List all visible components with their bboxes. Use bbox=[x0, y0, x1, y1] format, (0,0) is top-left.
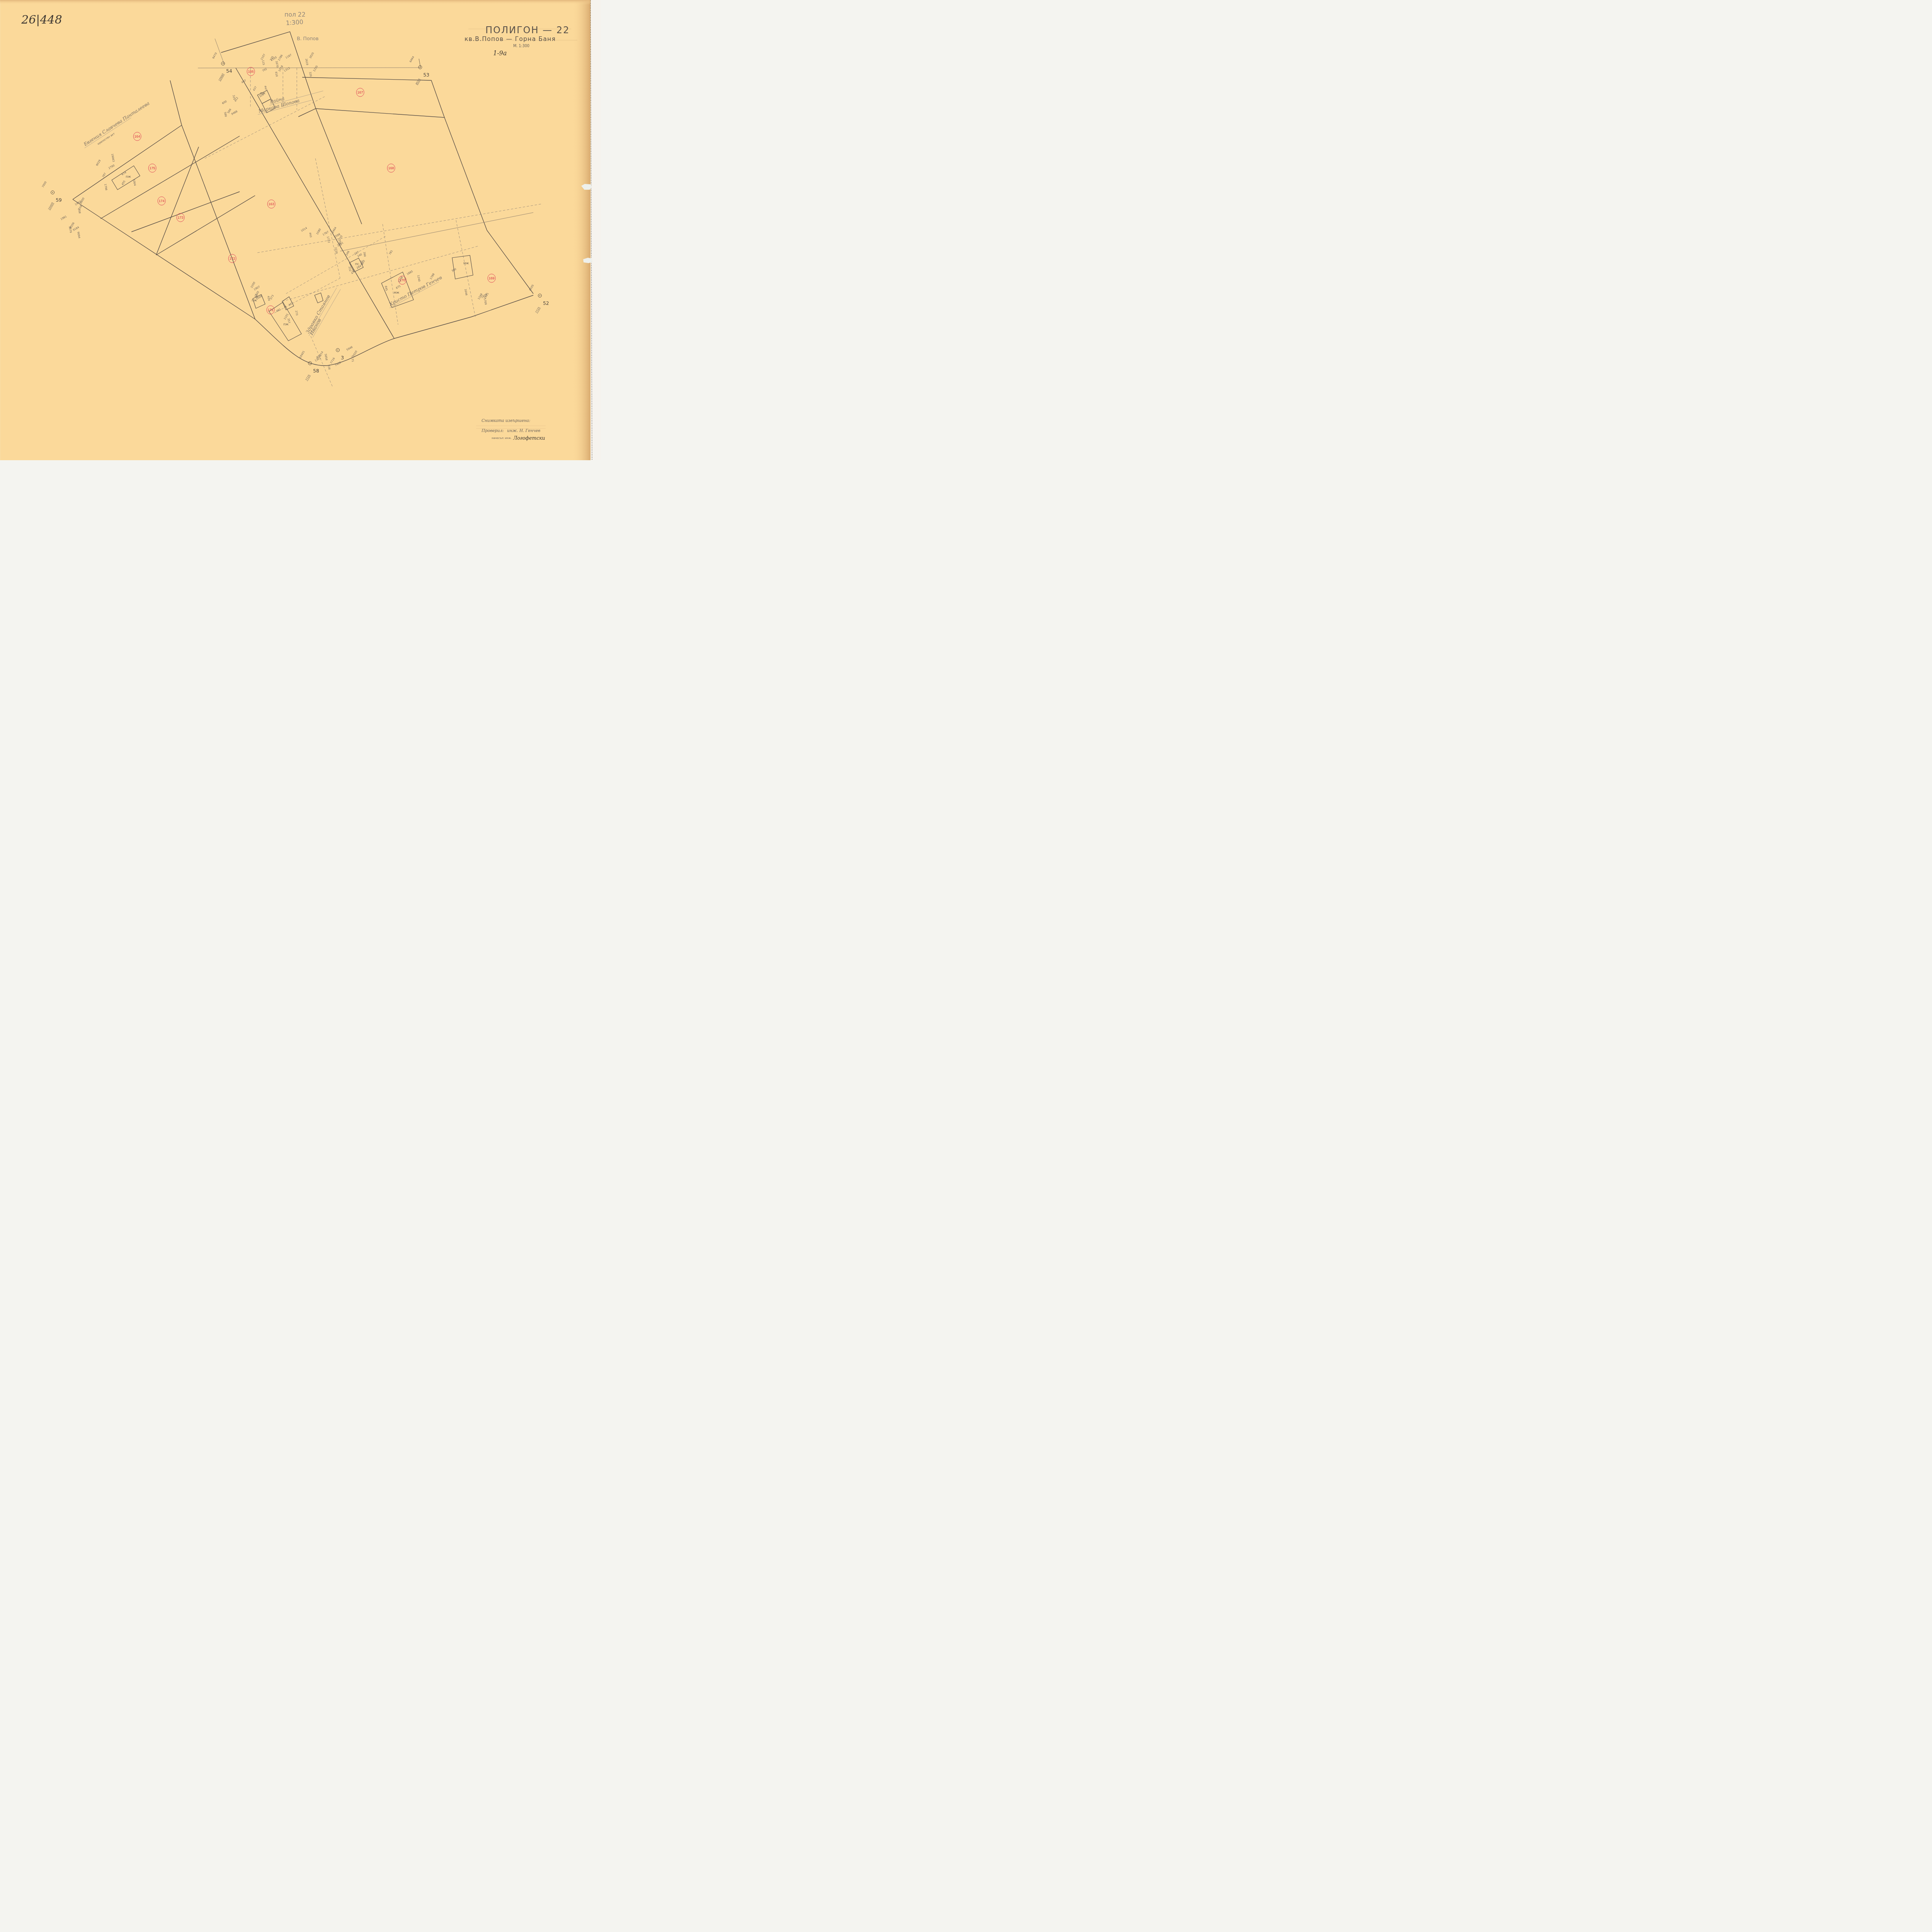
parcel-id: 173 bbox=[178, 216, 184, 219]
parcel-id: 174 bbox=[159, 199, 165, 203]
map-title: ПОЛИГОН — 22 bbox=[485, 25, 570, 36]
pencil-note-scale: 1:300 bbox=[286, 19, 303, 27]
building-type-label: А bbox=[284, 305, 286, 308]
sheet-reference: 1-9а bbox=[493, 49, 507, 57]
map-canvas: ПЖПЖМЖМЖПЖПЖПСА 163164166167168169170171… bbox=[0, 0, 601, 460]
cadastral-map-sheet: ПЖПЖМЖМЖПЖПЖПСА 163164166167168169170171… bbox=[0, 0, 601, 460]
station-dot-icon bbox=[539, 295, 540, 296]
drawn-label: нанесъл: инж. bbox=[492, 437, 512, 440]
archive-number: 26|448 bbox=[21, 13, 62, 27]
station-dot-icon bbox=[223, 63, 223, 64]
station-id: 58 bbox=[313, 368, 319, 374]
checked-label: Проверил: bbox=[481, 429, 504, 433]
paper-edge-top bbox=[0, 0, 590, 5]
checked-by: инж. Н. Генчев bbox=[507, 429, 540, 433]
building-type-label: МЖ bbox=[463, 262, 469, 265]
drawn-by: Логофетски bbox=[513, 435, 545, 441]
parcel-id: 167 bbox=[357, 90, 363, 94]
parcel-id: 171 bbox=[268, 308, 274, 312]
map-subtitle: кв.В.Попов — Горна Баня bbox=[464, 36, 556, 43]
station-dot-icon bbox=[310, 363, 310, 364]
surveyed-label: Снимката извършена: bbox=[481, 418, 530, 423]
street-label: В. Попов bbox=[297, 36, 318, 41]
station-dot-icon bbox=[52, 192, 53, 193]
parcel-id: 164 bbox=[134, 134, 140, 138]
station-id: 3 bbox=[341, 355, 344, 361]
building-type-label: МЖ bbox=[394, 291, 399, 294]
parcel-id: 166 bbox=[248, 70, 254, 73]
building-type-label: ПЖ bbox=[252, 299, 257, 302]
parcel-id: 172 bbox=[230, 257, 235, 260]
pencil-note-polygon: пол 22 bbox=[284, 11, 306, 18]
paper bbox=[0, 0, 590, 460]
building-type-label: ПС bbox=[355, 262, 359, 266]
station-id: 53 bbox=[423, 72, 429, 78]
parcel-id: 169 bbox=[489, 276, 495, 280]
parcel-id: 163 bbox=[269, 202, 274, 206]
parcel-id: 168 bbox=[388, 166, 394, 170]
map-scale: М. 1:300 bbox=[513, 44, 529, 48]
station-id: 59 bbox=[56, 197, 62, 203]
station-id: 52 bbox=[543, 300, 549, 306]
station-dot-icon bbox=[337, 350, 338, 350]
parcel-id: 175 bbox=[150, 166, 155, 170]
paper-edge-right bbox=[572, 0, 590, 460]
station-id: 54 bbox=[226, 68, 232, 74]
building-type-label: ПЖ bbox=[126, 175, 131, 179]
